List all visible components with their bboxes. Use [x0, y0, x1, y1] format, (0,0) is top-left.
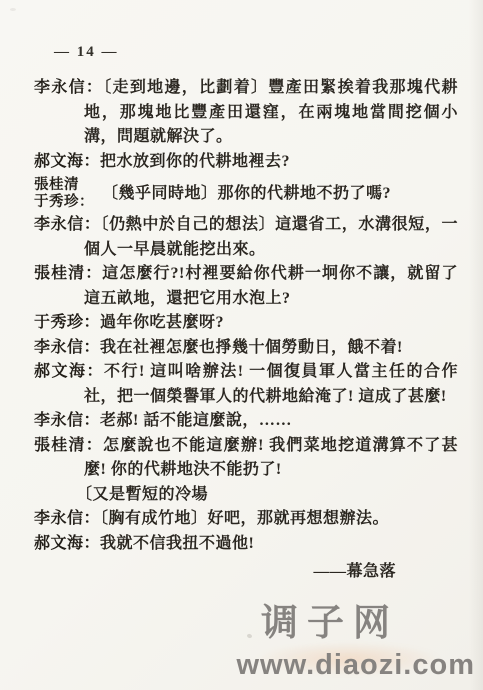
speaker-name: 李永信：: [34, 339, 100, 356]
dialogue-line: 李永信：我在社裡怎麼也掙幾十個勞動日，餓不着!: [34, 336, 458, 361]
dialogue-text: 怎麼說也不能這麼辦! 我們菜地挖道溝算不了甚麼! 你的代耕地決不能扔了!: [84, 437, 458, 479]
scan-speck: [246, 633, 252, 638]
script-body: 李永信：〔走到地邊，比劃着〕豐產田緊挨着我那塊代耕地，那塊地比豐產田還窪，在兩塊…: [34, 76, 458, 585]
stage-direction: 〔又是暫短的冷場: [34, 483, 458, 508]
speaker-name: 李永信：: [34, 412, 100, 429]
dialogue-line: 于秀珍：過年你吃甚麼呀?: [34, 311, 458, 336]
dialogue-text: 我就不信我扭不過他!: [100, 535, 254, 552]
watermark-site-url: www.diaozi.com: [236, 649, 475, 682]
dialogue-line: 郝文海：把水放到你的代耕地裡去?: [34, 150, 458, 175]
curtain-note: ——幕急落: [34, 560, 458, 585]
dialogue-line: 郝文海：不行! 這叫啥辦法! 一個復員軍人當主任的合作社，把一個榮譽軍人的代耕地…: [34, 360, 458, 409]
speaker-name: 于秀珍：: [34, 314, 100, 331]
speaker-name: 郝文海：: [34, 153, 100, 170]
dialogue-text: 〔幾乎同時地〕那你的代耕地不扔了嗎?: [100, 182, 458, 207]
speaker-name: 李永信：: [34, 510, 100, 527]
dialogue-text: 老郝! 話不能這麼說，……: [100, 412, 292, 429]
speaker-name: 郝文海：: [34, 535, 100, 552]
dialogue-line: 李永信：〔走到地邊，比劃着〕豐產田緊挨着我那塊代耕地，那塊地比豐產田還窪，在兩塊…: [34, 76, 458, 150]
speaker-name: 張桂清：: [34, 265, 102, 282]
dialogue-text: 我在社裡怎麼也掙幾十個勞動日，餓不着!: [100, 339, 403, 356]
dialogue-line: 李永信：〔仍熱中於自己的想法〕這還省工，水溝很短，一個人一早晨就能挖出來。: [34, 213, 458, 262]
dialogue-line: 張桂清：怎麼說也不能這麼辦! 我們菜地挖道溝算不了甚麼! 你的代耕地決不能扔了!: [34, 434, 458, 483]
dialogue-line-dual: 張桂清于秀珍：〔幾乎同時地〕那你的代耕地不扔了嗎?: [34, 177, 458, 211]
speaker-name: 郝文海：: [34, 363, 104, 380]
page-number: — 14 —: [54, 44, 119, 61]
speaker-name: 李永信：: [34, 216, 100, 233]
speaker-stack: 張桂清于秀珍：: [34, 177, 100, 211]
speaker-name: 張桂清: [34, 177, 100, 194]
dialogue-text: 把水放到你的代耕地裡去?: [100, 153, 290, 170]
dialogue-text: 不行! 這叫啥辦法! 一個復員軍人當主任的合作社，把一個榮譽軍人的代耕地給淹了!…: [84, 363, 458, 405]
dialogue-line: 張桂清：這怎麼行?!村裡要給你代耕一坰你不讓，就留了這五畝地，還把它用水泡上?: [34, 262, 458, 311]
speaker-name: 張桂清：: [34, 437, 103, 454]
scanned-script-page: — 14 — 李永信：〔走到地邊，比劃着〕豐產田緊挨着我那塊代耕地，那塊地比豐產…: [0, 0, 483, 690]
watermark-site-name: 调子网: [261, 592, 399, 646]
dialogue-text: 〔走到地邊，比劃着〕豐產田緊挨着我那塊代耕地，那塊地比豐產田還窪，在兩塊地當間挖…: [84, 79, 458, 145]
dialogue-line: 郝文海：我就不信我扭不過他!: [34, 532, 458, 557]
dialogue-line: 李永信：〔胸有成竹地〕好吧，那就再想想辦法。: [34, 507, 458, 532]
dialogue-line: 李永信：老郝! 話不能這麼說，……: [34, 409, 458, 434]
dialogue-text: 這怎麼行?!村裡要給你代耕一坰你不讓，就留了這五畝地，還把它用水泡上?: [84, 265, 458, 307]
dialogue-text: 〔胸有成竹地〕好吧，那就再想想辦法。: [100, 510, 389, 527]
speaker-name: 李永信：: [34, 79, 103, 96]
dialogue-text: 〔仍熱中於自己的想法〕這還省工，水溝很短，一個人一早晨就能挖出來。: [84, 216, 458, 258]
speaker-name: 于秀珍：: [34, 194, 100, 211]
dialogue-text: 過年你吃甚麼呀?: [100, 314, 224, 331]
scan-speck: [10, 8, 16, 11]
